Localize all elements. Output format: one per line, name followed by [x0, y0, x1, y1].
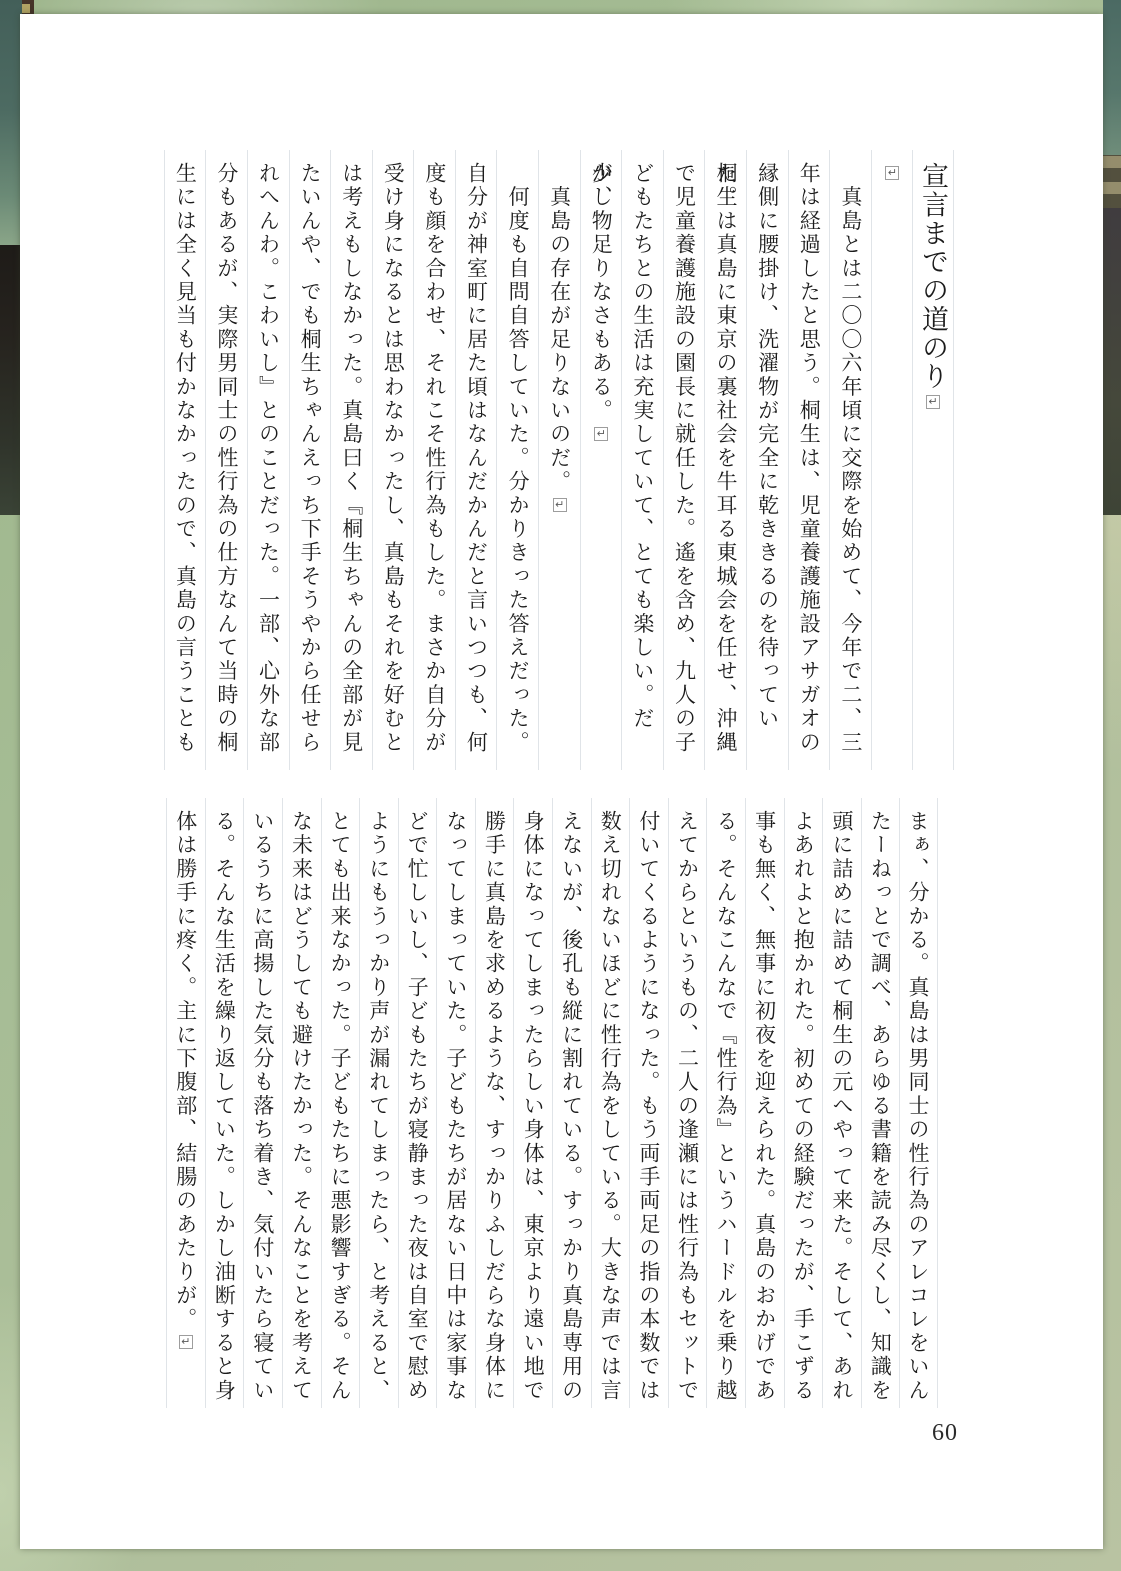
- text-run: 何度も自問自答していた。分かりきった答えだった。: [506, 162, 530, 755]
- text-run: 数え切れないほどに性行為をしている。大きな声では言: [598, 810, 622, 1403]
- text-line: は考えもしなかった。真島曰く『桐生ちゃんの全部が見: [330, 150, 372, 770]
- text-run: 分もあるが、実際男同士の性行為の仕方なんて当時の桐: [215, 162, 239, 755]
- paragraph-return-icon: ↵: [553, 498, 567, 512]
- text-run: 事も無く、無事に初夜を迎えられた。真島のおかげであ: [753, 810, 777, 1403]
- text-run: えてからというもの、二人の逢瀬には性行為もセットで: [675, 810, 699, 1403]
- text-run: なってしまっていた。子どもたちが居ない日中は家事な: [444, 810, 468, 1403]
- text-line: 少し物足りなさもある。↵: [580, 150, 622, 770]
- text-run: 身体になってしまったらしい身体は、東京より遠い地で: [521, 810, 545, 1403]
- text-line: 桐生は真島に東京の裏社会を牛耳る東城会を任せ、沖縄: [704, 150, 746, 770]
- text-line: 身体になってしまったらしい身体は、東京より遠い地で: [513, 798, 552, 1408]
- paragraph-return-icon: ↵: [594, 427, 608, 441]
- text-run: 付いてくるようになった。もう両手両足の指の本数では: [637, 810, 661, 1403]
- text-line: る。そんな生活を繰り返していた。しかし油断すると身: [205, 798, 244, 1408]
- text-line: ようにもうっかり声が漏れてしまったら、と考えると、: [359, 798, 398, 1408]
- text-run: 少し物足りなさもある。: [589, 162, 613, 423]
- page-number: 60: [900, 1420, 990, 1447]
- text-line: とても出来なかった。子どもたちに悪影響すぎる。そん: [321, 798, 360, 1408]
- text-run: 受け身になるとは思わなかったし、真島もそれを好むと: [381, 162, 405, 755]
- text-line: 年は経過したと思う。桐生は、児童養護施設アサガオの: [788, 150, 830, 770]
- cover-photo-left-teal: [0, 0, 22, 245]
- text-run: な未来はどうしても避けたかった。そんなことを考えて: [290, 810, 314, 1403]
- text-run: れへんわ。こわいし』とのことだった。一部、心外な部: [257, 162, 281, 755]
- text-line: 真島とは二〇〇六年頃に交際を始めて、今年で二、三: [829, 150, 871, 770]
- text-run: いるうちに高揚した気分も落ち着き、気付いたら寝てい: [251, 810, 275, 1403]
- text-line: 事も無く、無事に初夜を迎えられた。真島のおかげであ: [745, 798, 784, 1408]
- paragraph-return-icon: ↵: [179, 1335, 193, 1349]
- text-run: で児童養護施設の園長に就任した。遙を含め、九人の子: [672, 162, 696, 755]
- text-line: なってしまっていた。子どもたちが居ない日中は家事な: [436, 798, 475, 1408]
- text-line: 体は勝手に疼く。主に下腹部、結腸のあたりが。↵: [166, 798, 205, 1408]
- text-line: 自分が神室町に居た頃はなんだかんだと言いつつも、何: [455, 150, 497, 770]
- text-block-top: 宣言までの道のり↵↵ 真島とは二〇〇六年頃に交際を始めて、今年で二、三年は経過し…: [163, 150, 954, 770]
- text-run: 真島とは二〇〇六年頃に交際を始めて、今年で二、三: [839, 162, 863, 755]
- text-run: は考えもしなかった。真島曰く『桐生ちゃんの全部が見: [340, 162, 364, 755]
- text-line: で児童養護施設の園長に就任した。遙を含め、九人の子: [663, 150, 705, 770]
- text-run: 勝手に真島を求めるような、すっかりふしだらな身体に: [482, 810, 506, 1403]
- text-run: たーねっとで調べ、あらゆる書籍を読み尽くし、知識を: [868, 810, 892, 1403]
- text-line: えないが、後孔も縦に割れている。すっかり真島専用の: [552, 798, 591, 1408]
- text-line: どで忙しいし、子どもたちが寝静まった夜は自室で慰め: [398, 798, 437, 1408]
- text-line: 分もあるが、実際男同士の性行為の仕方なんて当時の桐: [205, 150, 247, 770]
- text-line: どもたちとの生活は充実していて、とても楽しい。だが、: [621, 150, 663, 770]
- text-line: な未来はどうしても避けたかった。そんなことを考えて: [282, 798, 321, 1408]
- text-line: ↵: [871, 150, 913, 770]
- text-run: る。そんなこんなで『性行為』というハードルを乗り越: [714, 810, 738, 1403]
- text-run: ようにもうっかり声が漏れてしまったら、と考えると、: [367, 810, 391, 1403]
- text-line: 受け身になるとは思わなかったし、真島もそれを好むと: [372, 150, 414, 770]
- text-line: いるうちに高揚した気分も落ち着き、気付いたら寝てい: [243, 798, 282, 1408]
- text-line: 頭に詰めに詰めて桐生の元へやって来た。そして、あれ: [822, 798, 861, 1408]
- text-line: まぁ、分かる。真島は男同士の性行為のアレコレをいん: [899, 798, 938, 1408]
- text-block-bottom: まぁ、分かる。真島は男同士の性行為のアレコレをいんたーねっとで調べ、あらゆる書籍…: [166, 798, 938, 1408]
- text-line: 何度も自問自答していた。分かりきった答えだった。: [496, 150, 538, 770]
- paragraph-return-icon: ↵: [885, 166, 899, 180]
- text-run: 年は経過したと思う。桐生は、児童養護施設アサガオの: [797, 162, 821, 755]
- book-cover-background: 宣言までの道のり↵↵ 真島とは二〇〇六年頃に交際を始めて、今年で二、三年は経過し…: [0, 0, 1121, 1571]
- text-run: たいんや、でも桐生ちゃんえっち下手そうやから任せら: [298, 162, 322, 755]
- text-line: 真島の存在が足りないのだ。↵: [538, 150, 580, 770]
- cover-photo-right-teal: [1103, 0, 1121, 155]
- chapter-title-line: 宣言までの道のり↵: [912, 150, 954, 770]
- text-run: まぁ、分かる。真島は男同士の性行為のアレコレをいん: [906, 810, 930, 1403]
- text-run: 体は勝手に疼く。主に下腹部、結腸のあたりが。: [174, 810, 198, 1331]
- text-line: 生には全く見当も付かなかったので、真島の言うことも: [164, 150, 206, 770]
- text-run: とても出来なかった。子どもたちに悪影響すぎる。そん: [328, 810, 352, 1403]
- document-page: 宣言までの道のり↵↵ 真島とは二〇〇六年頃に交際を始めて、今年で二、三年は経過し…: [20, 14, 1103, 1549]
- text-run: る。そんな生活を繰り返していた。しかし油断すると身: [212, 810, 236, 1403]
- text-run: 桐生は真島に東京の裏社会を牛耳る東城会を任せ、沖縄: [714, 162, 738, 755]
- text-line: 数え切れないほどに性行為をしている。大きな声では言: [591, 798, 630, 1408]
- text-run: 真島の存在が足りないのだ。: [548, 162, 572, 494]
- text-run: 自分が神室町に居た頃はなんだかんだと言いつつも、何: [464, 162, 488, 755]
- text-run: 生には全く見当も付かなかったので、真島の言うことも: [173, 162, 197, 755]
- text-run: 度も顔を合わせ、それこそ性行為もした。まさか自分が: [423, 162, 447, 755]
- text-line: 縁側に腰掛け、洗濯物が完全に乾ききるのを待っていた。: [746, 150, 788, 770]
- paragraph-return-icon: ↵: [926, 395, 940, 409]
- text-run: 頭に詰めに詰めて桐生の元へやって来た。そして、あれ: [830, 810, 854, 1403]
- text-line: 度も顔を合わせ、それこそ性行為もした。まさか自分が: [413, 150, 455, 770]
- text-line: たいんや、でも桐生ちゃんえっち下手そうやから任せら: [289, 150, 331, 770]
- text-run: どで忙しいし、子どもたちが寝静まった夜は自室で慰め: [405, 810, 429, 1403]
- text-run: 宣言までの道のり: [918, 162, 948, 391]
- text-line: れへんわ。こわいし』とのことだった。一部、心外な部: [247, 150, 289, 770]
- text-run: えないが、後孔も縦に割れている。すっかり真島専用の: [560, 810, 584, 1403]
- text-line: る。そんなこんなで『性行為』というハードルを乗り越: [706, 798, 745, 1408]
- text-run: よあれよと抱かれた。初めての経験だったが、手こずる: [791, 810, 815, 1403]
- text-line: よあれよと抱かれた。初めての経験だったが、手こずる: [784, 798, 823, 1408]
- text-line: 付いてくるようになった。もう両手両足の指の本数では: [629, 798, 668, 1408]
- text-line: えてからというもの、二人の逢瀬には性行為もセットで: [668, 798, 707, 1408]
- text-line: たーねっとで調べ、あらゆる書籍を読み尽くし、知識を: [861, 798, 900, 1408]
- text-line: 勝手に真島を求めるような、すっかりふしだらな身体に: [475, 798, 514, 1408]
